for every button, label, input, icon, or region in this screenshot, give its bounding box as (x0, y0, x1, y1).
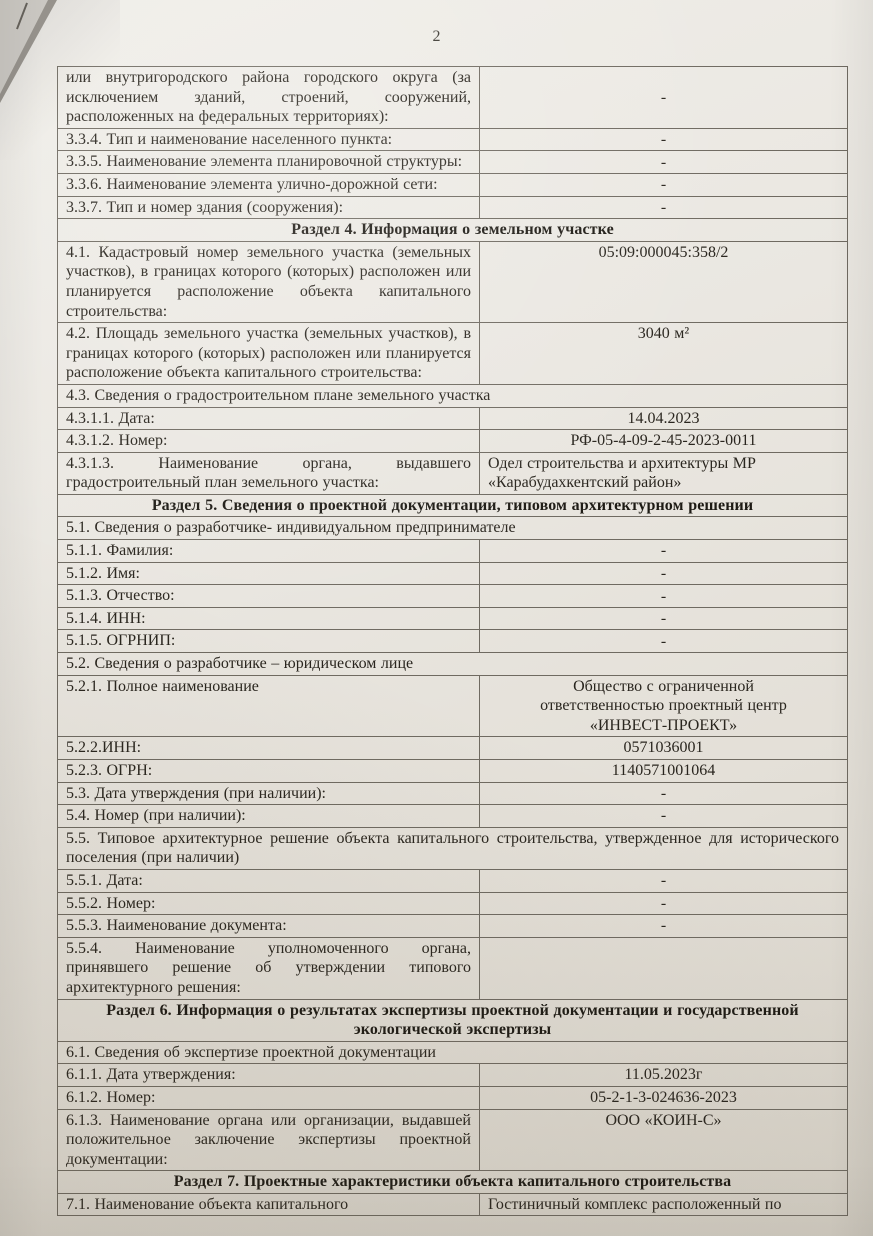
row-value (480, 937, 848, 999)
table-row: 5.5.3. Наименование документа:- (58, 915, 848, 938)
table-row: 6.1.1. Дата утверждения:11.05.2023г (58, 1064, 848, 1087)
row-value: - (480, 151, 848, 174)
table-row: 5.1.5. ОГРНИП:- (58, 630, 848, 653)
subsection-row: 5.5. Типовое архитектурное решение объек… (58, 827, 848, 869)
table-row: 5.1.3. Отчество:- (58, 585, 848, 608)
table-row: Раздел 7. Проектные характеристики объек… (58, 1171, 848, 1194)
row-label: 5.1.4. ИНН: (58, 607, 480, 630)
row-label: 5.5.3. Наименование документа: (58, 915, 480, 938)
subsection-row: 4.3. Сведения о градостроительном плане … (58, 384, 848, 407)
row-label: 6.1.1. Дата утверждения: (58, 1064, 480, 1087)
table-row: 5.1.1. Фамилия:- (58, 540, 848, 563)
row-value: - (480, 585, 848, 608)
row-value: 0571036001 (480, 737, 848, 760)
row-label: 5.1.3. Отчество: (58, 585, 480, 608)
row-value: - (480, 540, 848, 563)
table-row: 4.1. Кадастровый номер земельного участк… (58, 241, 848, 322)
table-row: 6.1.3. Наименование органа или организац… (58, 1109, 848, 1171)
row-value: - (480, 196, 848, 219)
row-value: 11.05.2023г (480, 1064, 848, 1087)
row-label: 3.3.5. Наименование элемента планировочн… (58, 151, 480, 174)
table-row: 5.2.3. ОГРН:1140571001064 (58, 760, 848, 783)
row-label: 4.1. Кадастровый номер земельного участк… (58, 241, 480, 322)
section-header: Раздел 6. Информация о результатах экспе… (58, 999, 848, 1041)
table-row: 5.3. Дата утверждения (при наличии):- (58, 782, 848, 805)
table-row: 5.2.1. Полное наименованиеОбщество с огр… (58, 675, 848, 737)
table-row: 5.1.4. ИНН:- (58, 607, 848, 630)
document-table-body: или внутригородского района городского о… (58, 67, 848, 1216)
row-value: РФ-05-4-09-2-45-2023-0011 (480, 430, 848, 453)
row-value: 05:09:000045:358/2 (480, 241, 848, 322)
table-row: Раздел 4. Информация о земельном участке (58, 219, 848, 242)
row-value: Гостиничный комплекс расположенный по (480, 1193, 848, 1216)
row-label: 4.3.1.2. Номер: (58, 430, 480, 453)
row-label: 3.3.7. Тип и номер здания (сооружения): (58, 196, 480, 219)
row-value: 14.04.2023 (480, 407, 848, 430)
table-row: 5.5.4. Наименование уполномоченного орга… (58, 937, 848, 999)
row-label: 5.1.5. ОГРНИП: (58, 630, 480, 653)
table-row: 6.1. Сведения об экспертизе проектной до… (58, 1041, 848, 1064)
table-row: 3.3.6. Наименование элемента улично-доро… (58, 173, 848, 196)
page-number: 2 (0, 0, 873, 47)
row-label: 5.2.3. ОГРН: (58, 760, 480, 783)
table-row: 4.3.1.3. Наименование органа, выдавшего … (58, 452, 848, 494)
table-row: Раздел 6. Информация о результатах экспе… (58, 999, 848, 1041)
row-label: 7.1. Наименование объекта капитального (58, 1193, 480, 1216)
row-value: - (480, 67, 848, 129)
table-row: 3.3.5. Наименование элемента планировочн… (58, 151, 848, 174)
table-row: 3.3.4. Тип и наименование населенного пу… (58, 128, 848, 151)
row-label: 5.1.1. Фамилия: (58, 540, 480, 563)
row-label: 5.4. Номер (при наличии): (58, 805, 480, 828)
table-row: 5.2. Сведения о разработчике – юридическ… (58, 653, 848, 676)
row-value: - (480, 869, 848, 892)
table-row: 7.1. Наименование объекта капитальногоГо… (58, 1193, 848, 1216)
document-table: или внутригородского района городского о… (57, 66, 848, 1216)
row-value: - (480, 915, 848, 938)
row-value: - (480, 630, 848, 653)
table-row: 5.5.1. Дата:- (58, 869, 848, 892)
table-row: 3.3.7. Тип и номер здания (сооружения):- (58, 196, 848, 219)
row-value: - (480, 782, 848, 805)
row-value: - (480, 607, 848, 630)
section-header: Раздел 7. Проектные характеристики объек… (58, 1171, 848, 1194)
row-label: 6.1.2. Номер: (58, 1086, 480, 1109)
table-row: 5.5.2. Номер:- (58, 892, 848, 915)
row-value: Общество с ограниченной ответственностью… (480, 675, 848, 737)
section-header: Раздел 5. Сведения о проектной документа… (58, 494, 848, 517)
table-row: или внутригородского района городского о… (58, 67, 848, 129)
row-label: 3.3.4. Тип и наименование населенного пу… (58, 128, 480, 151)
row-label: 5.5.1. Дата: (58, 869, 480, 892)
row-label: 5.5.4. Наименование уполномоченного орга… (58, 937, 480, 999)
row-label: 5.1.2. Имя: (58, 562, 480, 585)
row-value: Одел строительства и архитектуры МР «Кар… (480, 452, 848, 494)
row-value: 1140571001064 (480, 760, 848, 783)
table-row: 5.4. Номер (при наличии):- (58, 805, 848, 828)
table-row: 4.2. Площадь земельного участка (земельн… (58, 323, 848, 385)
section-header: Раздел 4. Информация о земельном участке (58, 219, 848, 242)
row-value: 05-2-1-3-024636-2023 (480, 1086, 848, 1109)
subsection-row: 5.2. Сведения о разработчике – юридическ… (58, 653, 848, 676)
row-label: 3.3.6. Наименование элемента улично-доро… (58, 173, 480, 196)
table-row: 4.3.1.2. Номер:РФ-05-4-09-2-45-2023-0011 (58, 430, 848, 453)
row-label: 5.2.1. Полное наименование (58, 675, 480, 737)
row-label: 4.3.1.1. Дата: (58, 407, 480, 430)
table-row: 4.3.1.1. Дата:14.04.2023 (58, 407, 848, 430)
row-label: 5.3. Дата утверждения (при наличии): (58, 782, 480, 805)
row-label: 5.5.2. Номер: (58, 892, 480, 915)
subsection-row: 6.1. Сведения об экспертизе проектной до… (58, 1041, 848, 1064)
table-row: 6.1.2. Номер:05-2-1-3-024636-2023 (58, 1086, 848, 1109)
row-value: - (480, 805, 848, 828)
row-value: - (480, 892, 848, 915)
row-label: 6.1.3. Наименование органа или организац… (58, 1109, 480, 1171)
table-row: 5.5. Типовое архитектурное решение объек… (58, 827, 848, 869)
row-value: - (480, 128, 848, 151)
document-page: 2 или внутригородского района городского… (0, 0, 873, 1236)
table-row: 5.1.2. Имя:- (58, 562, 848, 585)
row-value: ООО «КОИН-С» (480, 1109, 848, 1171)
row-label: или внутригородского района городского о… (58, 67, 480, 129)
photo-canvas: { "page_number": "2", "table": { "rows":… (0, 0, 873, 1236)
row-label: 5.2.2.ИНН: (58, 737, 480, 760)
subsection-row: 5.1. Сведения о разработчике- индивидуал… (58, 517, 848, 540)
table-row: 5.2.2.ИНН:0571036001 (58, 737, 848, 760)
row-value: - (480, 173, 848, 196)
table-row: Раздел 5. Сведения о проектной документа… (58, 494, 848, 517)
row-value: 3040 м² (480, 323, 848, 385)
row-label: 4.3.1.3. Наименование органа, выдавшего … (58, 452, 480, 494)
row-label: 4.2. Площадь земельного участка (земельн… (58, 323, 480, 385)
row-value: - (480, 562, 848, 585)
table-row: 5.1. Сведения о разработчике- индивидуал… (58, 517, 848, 540)
table-row: 4.3. Сведения о градостроительном плане … (58, 384, 848, 407)
